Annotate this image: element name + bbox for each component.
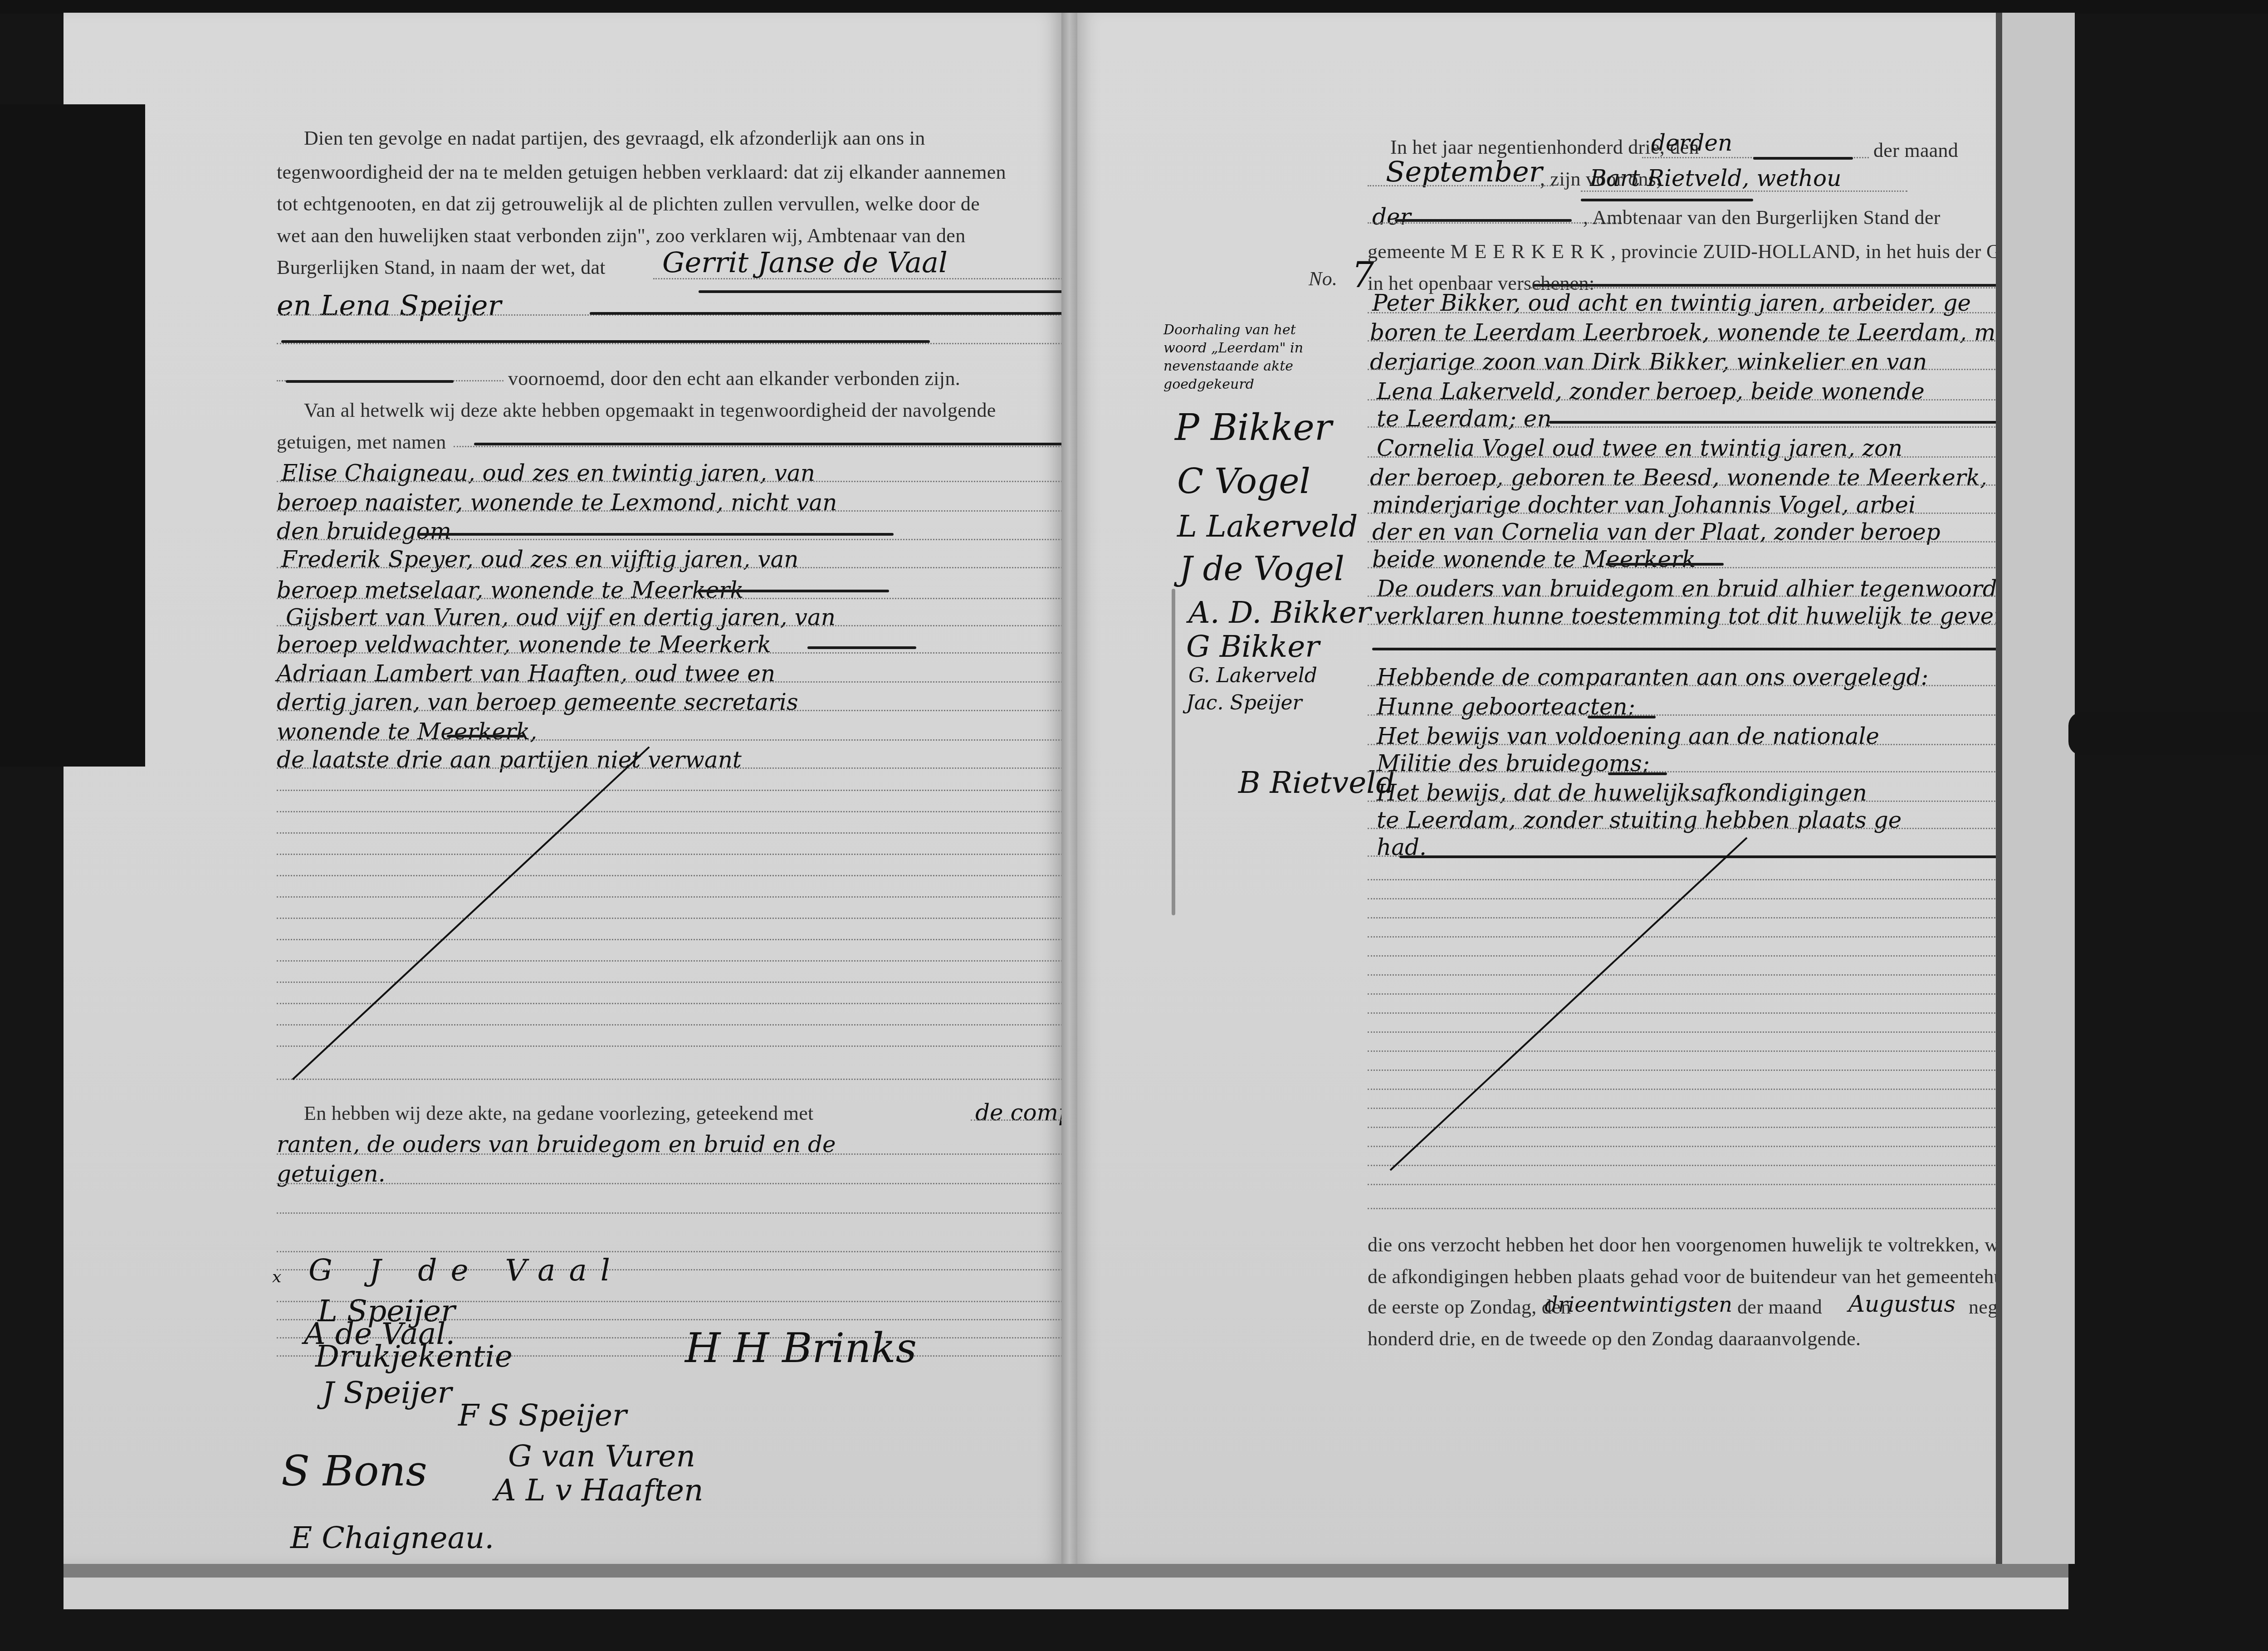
fill-line [277, 790, 1111, 791]
printed-gemeente: gemeente [1368, 240, 1445, 263]
body-line: der en van Cornelia van der Plaat, zonde… [1372, 521, 1941, 543]
fill-line [1368, 1165, 2066, 1166]
fill-line [1368, 1184, 2066, 1185]
printed-line: tot echtgenooten, en dat zij getrouwelij… [277, 194, 980, 214]
fill-line [1368, 312, 2066, 313]
day-value: derden [1651, 132, 1732, 154]
official-name: Bart Rietveld, wethou [1590, 167, 1841, 190]
margin-signature: P Bikker [1175, 410, 1332, 446]
fill-line [1368, 993, 2066, 995]
printed-ambtenaar: , Ambtenaar van den Burgerlijken Stand d… [1583, 208, 1941, 228]
fill-line [1368, 685, 2066, 686]
fill-line [1368, 513, 2066, 514]
fill-line [1368, 879, 2066, 880]
fill-line [1368, 898, 2066, 899]
record-number-label: No. [1309, 269, 1337, 289]
fill-line [1368, 1108, 2066, 1109]
printed-line: Dien ten gevolge en nadat partijen, des … [304, 128, 925, 148]
fill-line [1368, 624, 2066, 625]
ink-filler [447, 735, 524, 738]
fill-line [1368, 541, 2066, 542]
margin-signature: C Vogel [1177, 464, 1310, 498]
ink-filler [1549, 421, 2048, 424]
signature: E Chaigneau. [290, 1523, 494, 1553]
printed-der-maand: der maand [1873, 141, 1958, 161]
margin-signature: A. D. Bikker [1188, 598, 1371, 628]
printed-closing-4: honderd drie, en de tweede op den Zondag… [1368, 1329, 1861, 1349]
fill-line [1368, 1050, 2066, 1052]
fill-line [277, 510, 1111, 512]
fill-line [277, 875, 1111, 876]
margin-signature: J de Vogel [1179, 552, 1344, 585]
ink-filler [1399, 855, 2034, 858]
printed-line: Van al hetwelk wij deze akte hebben opge… [304, 401, 996, 420]
ink-filler [1608, 772, 1667, 775]
scan-top-border [0, 0, 2268, 14]
municipality: MEERKERK [1450, 240, 1611, 263]
margin-signature: Jac. Speijer [1186, 693, 1302, 713]
margin-note-line: woord „Leerdam" in [1163, 339, 1303, 357]
signature: S Bons [281, 1451, 427, 1492]
fill-line [277, 896, 1111, 898]
fill-line [1581, 190, 1907, 192]
fill-line [277, 710, 1111, 711]
fill-line [277, 567, 1111, 568]
left-clamp-tab [0, 104, 145, 767]
printed-line: getuigen, met namen [277, 432, 446, 452]
right-page: No. 7 Doorhaling van het woord „Leerdam"… [1077, 13, 1996, 1564]
closing-month-value: Augustus [1848, 1293, 1955, 1315]
ink-filler [699, 290, 1107, 293]
fill-line [1368, 484, 2066, 486]
fill-line [277, 1153, 1111, 1155]
ink-filler [807, 646, 916, 649]
fill-line [1368, 369, 2066, 370]
right-clamp-tab [2068, 712, 2268, 755]
printed-closing-3a: de eerste op Zondag, den [1368, 1297, 1571, 1317]
fill-line [1368, 399, 2066, 401]
signature: A L v Haaften [494, 1475, 704, 1505]
fill-line [1368, 801, 2066, 802]
margin-note: Doorhaling van het woord „Leerdam" in ne… [1163, 321, 1303, 394]
ink-filler [286, 380, 454, 383]
printed-line: tegenwoordigheid der na te melden getuig… [277, 162, 1006, 182]
fill-line [277, 343, 1111, 344]
fill-line [1368, 744, 2066, 745]
body-line: Peter Bikker, oud acht en twintig jaren,… [1372, 292, 1971, 314]
ink-filler [590, 312, 1080, 315]
book-gutter [1061, 13, 1077, 1564]
fill-line [277, 681, 1111, 683]
signature: G J de Vaal [308, 1255, 624, 1285]
fill-line [1368, 1070, 2066, 1071]
fill-line [277, 1024, 1111, 1026]
fill-line [277, 625, 1111, 626]
page-stack-edge [1996, 13, 2075, 1564]
fill-line [653, 278, 1111, 279]
fill-line [1368, 596, 2066, 597]
printed-provincie: , provincie [1611, 240, 1697, 263]
fill-line [277, 767, 1111, 769]
fill-line [277, 1045, 1111, 1047]
fill-line [1368, 828, 2066, 829]
strike-through-line [1390, 837, 1748, 1171]
ink-filler [1372, 648, 2034, 650]
printed-signed-line: En hebben wij deze akte, na gedane voorl… [304, 1104, 814, 1123]
printed-line: wet aan den huwelijken staat verbonden z… [277, 226, 965, 246]
fill-line [277, 1251, 1111, 1252]
printed-line: Burgerlijken Stand, in naam der wet, dat [277, 258, 606, 278]
signature: Drukjekentie [315, 1342, 513, 1372]
ink-filler [1753, 157, 1853, 160]
margin-rule [1172, 589, 1175, 915]
signature: G van Vuren [508, 1441, 695, 1471]
margin-note-line: Doorhaling van het [1163, 321, 1303, 339]
ink-filler [417, 533, 894, 536]
margin-note-line: goedgekeurd [1163, 376, 1303, 394]
strike-through-line [292, 746, 650, 1080]
fill-line [1368, 340, 2066, 342]
printed-closing-3b: der maand [1737, 1297, 1822, 1317]
signed-with: ranten, de ouders van bruidegom en bruid… [277, 1133, 836, 1156]
signature-mark: x [272, 1269, 281, 1285]
fill-line [277, 652, 1111, 654]
ink-filler [1606, 563, 1724, 566]
signed-with: getuigen. [277, 1163, 386, 1185]
fill-line [1368, 1089, 2066, 1090]
month-value: September [1386, 158, 1542, 186]
fill-line [1368, 426, 2066, 428]
fill-line [277, 854, 1111, 855]
signature: J Speijer [322, 1378, 452, 1408]
fill-line [1368, 771, 2066, 772]
closing-day-value: drieentwintigsten [1545, 1294, 1732, 1315]
fill-line [277, 832, 1111, 834]
fill-line [277, 539, 1111, 540]
fill-line [277, 939, 1111, 940]
signature: F S Speijer [458, 1401, 627, 1431]
fill-line [277, 481, 1111, 482]
fill-line [277, 1003, 1111, 1004]
fill-line [1368, 1012, 2066, 1014]
fill-line [277, 960, 1111, 962]
fill-line [1531, 287, 2066, 288]
ink-filler [281, 340, 930, 343]
ink-filler [1581, 199, 1753, 201]
printed-gemeente-line: gemeente MEERKERK, provincie ZUID-HOLLAN… [1368, 242, 2073, 262]
fill-line [1368, 456, 2066, 458]
fill-line [1368, 1146, 2066, 1147]
fill-line [454, 446, 1111, 447]
fill-line [277, 1212, 1111, 1214]
fill-line [1368, 1127, 2066, 1128]
ink-filler [474, 443, 1064, 445]
groom-name: Gerrit Janse de Vaal [662, 249, 948, 277]
fill-line [277, 918, 1111, 919]
printed-voornoemd: voornoemd, door den echt aan elkander ve… [508, 369, 960, 389]
printed-closing: die ons verzocht hebben het door hen voo… [1368, 1235, 2053, 1255]
margin-signature: L Lakerveld [1177, 512, 1358, 542]
fill-line [1368, 1208, 2066, 1209]
fill-line [277, 811, 1111, 812]
ink-filler [699, 590, 889, 592]
margin-signature: G. Lakerveld [1188, 666, 1317, 686]
registrar-signature: H H Brinks [685, 1328, 917, 1369]
fill-line [1368, 567, 2066, 568]
book-bottom-edge [64, 1564, 2068, 1578]
official-title: der [1372, 205, 1411, 228]
fill-line [277, 1183, 1111, 1184]
ink-filler [1588, 716, 1656, 718]
ink-filler [1533, 284, 2028, 287]
fill-line [1368, 714, 2066, 716]
fill-line [1368, 1031, 2066, 1033]
fill-line [1368, 955, 2066, 957]
fill-line [1368, 185, 1554, 186]
left-page: Dien ten gevolge en nadat partijen, des … [64, 13, 1061, 1564]
fill-line [277, 982, 1111, 983]
ink-filler [1395, 219, 1572, 222]
fill-line [1368, 974, 2066, 976]
fill-line [1368, 917, 2066, 918]
province: ZUID-HOLLAND [1703, 240, 1855, 263]
fill-line [277, 598, 1111, 599]
open-register-book: Dien ten gevolge en nadat partijen, des … [64, 13, 2068, 1609]
margin-note-line: nevenstaande akte [1163, 357, 1303, 376]
printed-closing: de afkondigingen hebben plaats gehad voo… [1368, 1267, 2073, 1287]
fill-line [277, 739, 1111, 741]
fill-line [1368, 936, 2066, 938]
margin-signature: G Bikker [1186, 632, 1320, 662]
fill-line [277, 1079, 1111, 1080]
